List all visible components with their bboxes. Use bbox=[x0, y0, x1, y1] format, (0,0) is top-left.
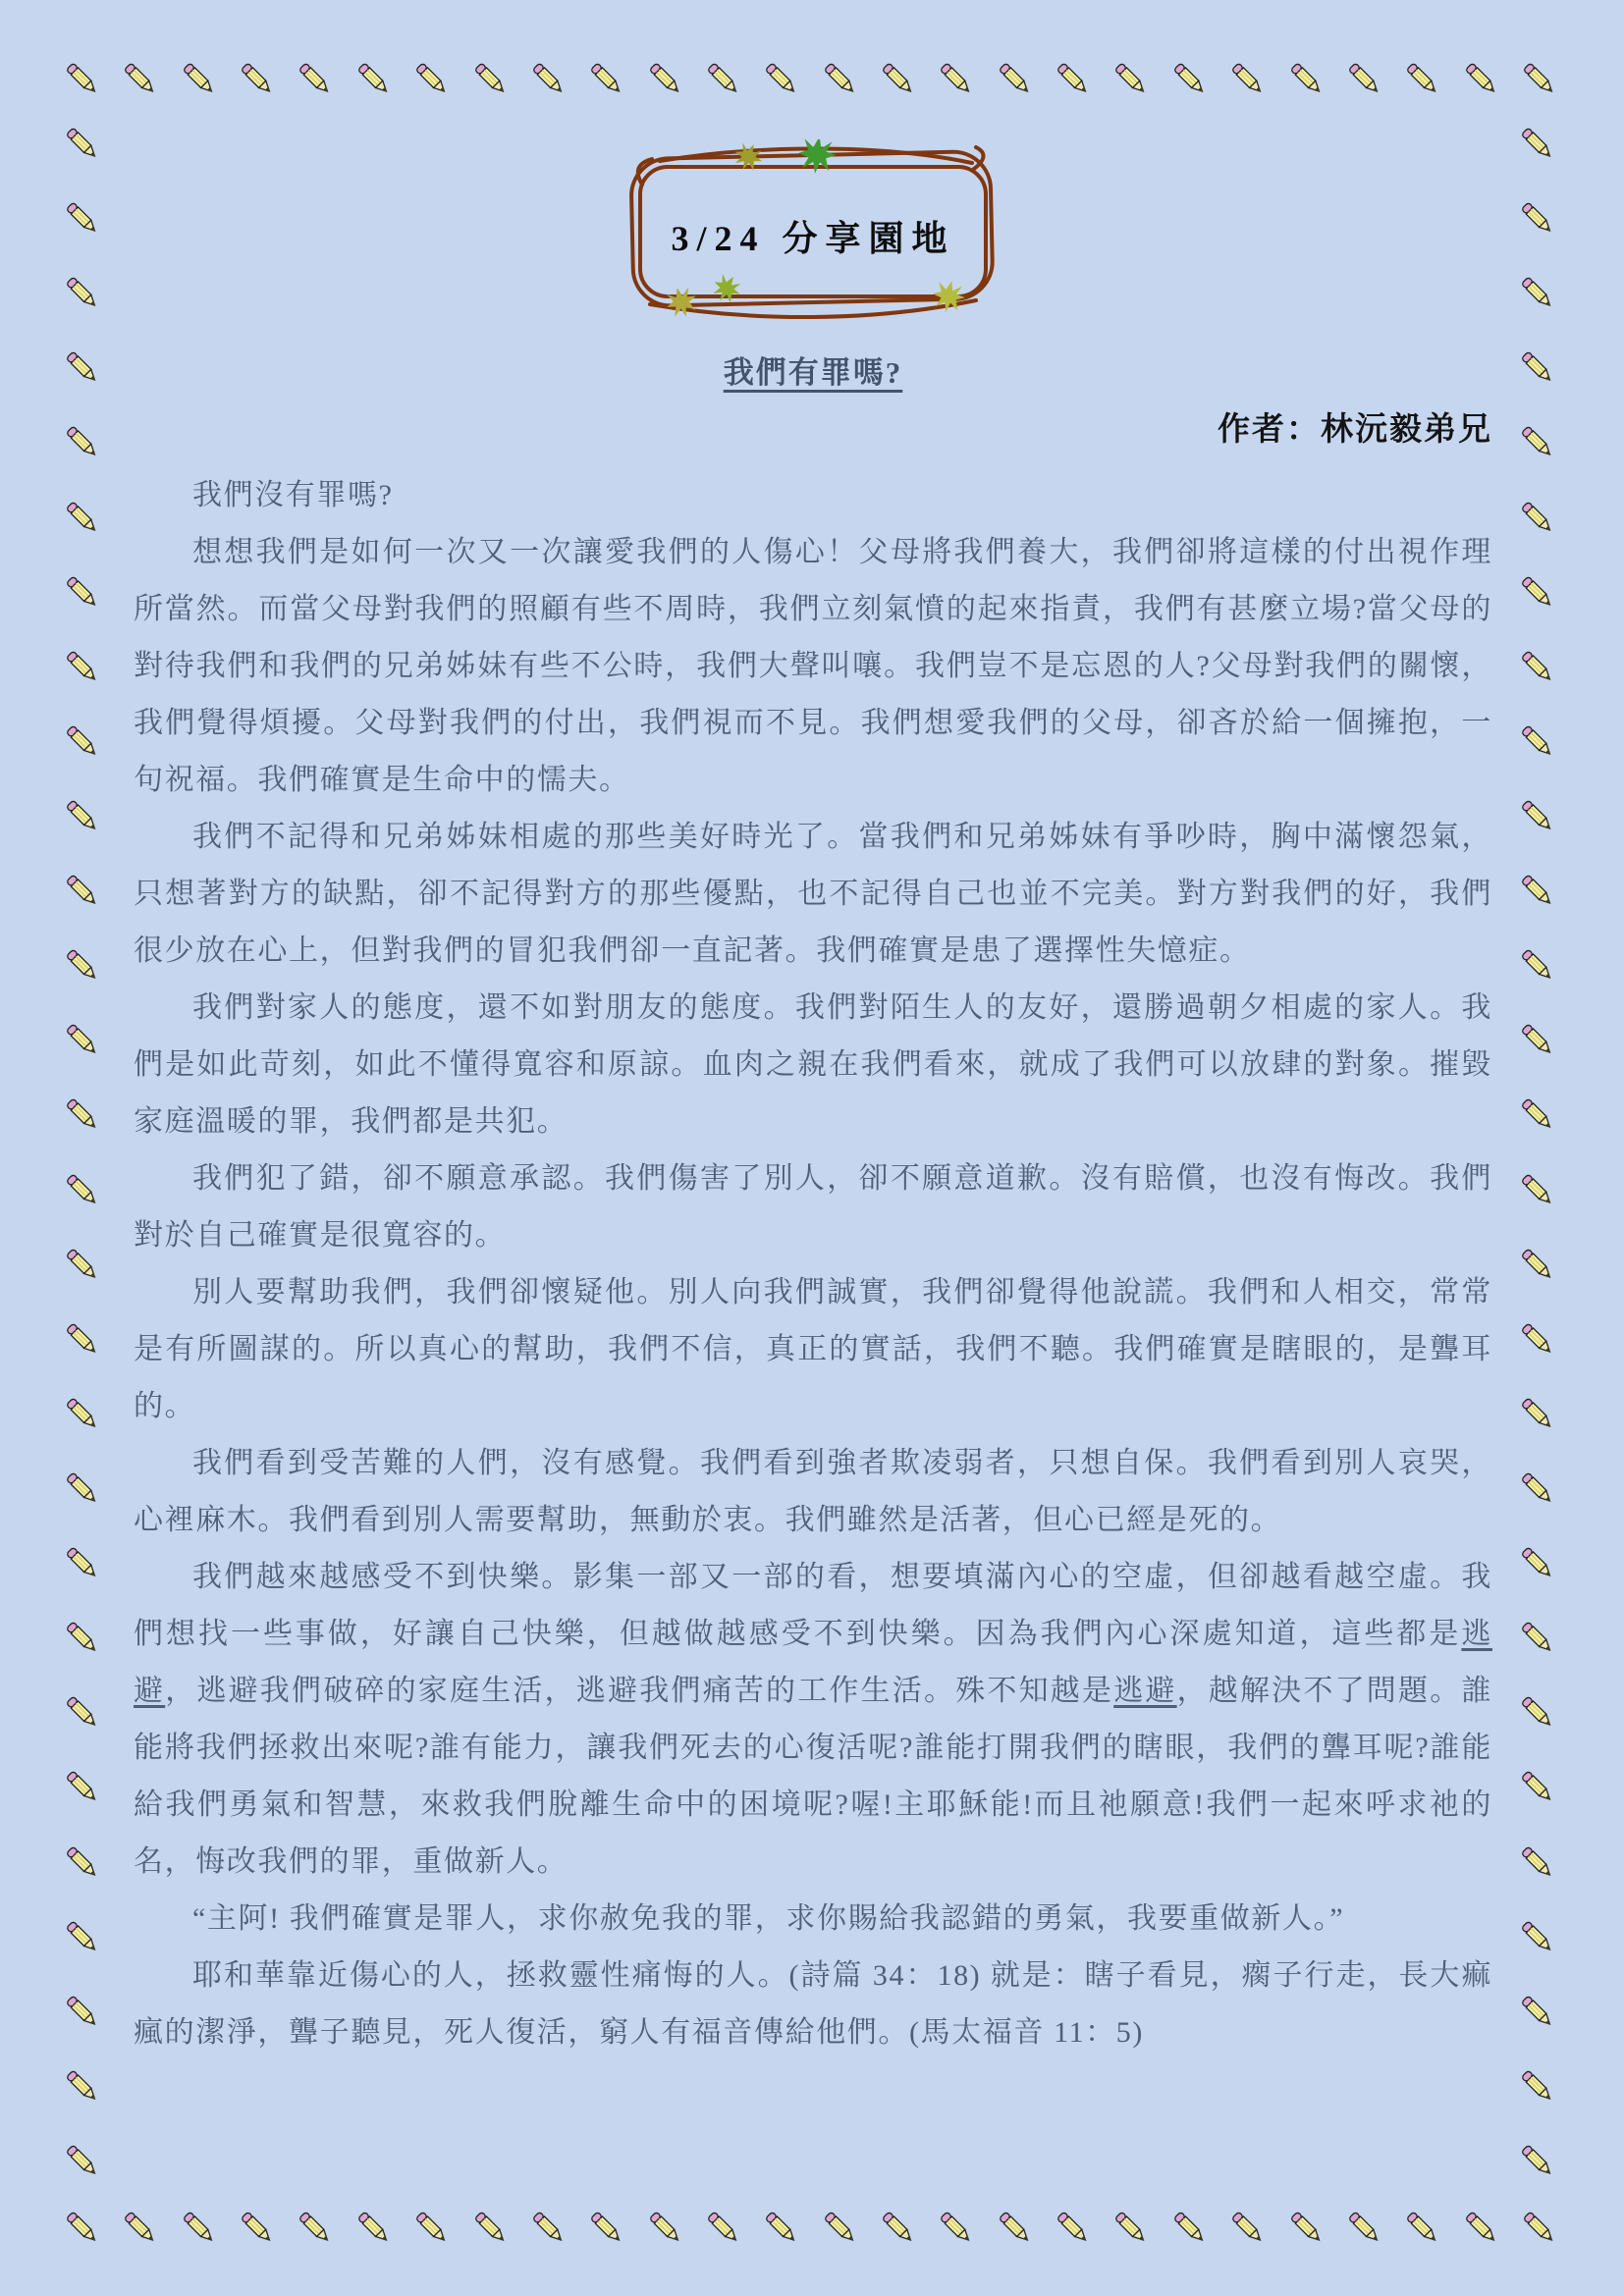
pencil-icon bbox=[1226, 2206, 1272, 2251]
pencil-icon bbox=[1516, 1915, 1561, 1960]
paragraph-5: 我們犯了錯，卻不願意承認。我們傷害了別人，卻不願意道歉。沒有賠償，也沒有悔改。我… bbox=[134, 1150, 1492, 1264]
text-run: “主阿! 我們確實是罪人，求你赦免我的罪，求你賜給我認錯的勇氣，我要重做新人。” bbox=[192, 1902, 1344, 1935]
pencil-icon bbox=[1516, 2139, 1561, 2184]
pencil-icon bbox=[1168, 2206, 1214, 2251]
pencil-icon bbox=[61, 122, 106, 167]
pencil-border-right bbox=[1516, 122, 1561, 2184]
pencil-icon bbox=[61, 869, 106, 914]
text-run: 我們越來越感受不到快樂。影集一部又一部的看，想要填滿內心的空虛，但卻越看越空虛。… bbox=[134, 1561, 1492, 1650]
pencil-icon bbox=[61, 1467, 106, 1512]
pencil-icon bbox=[61, 2206, 106, 2251]
text-run: ，逃避我們破碎的家庭生活，逃避我們痛苦的工作生活。殊不知越是 bbox=[165, 1675, 1113, 1707]
pencil-icon bbox=[61, 1915, 106, 1960]
pencil-icon bbox=[1516, 1093, 1561, 1138]
article-subtitle: 我們有罪嗎? bbox=[134, 347, 1492, 392]
pencil-icon bbox=[1516, 1168, 1561, 1213]
pencil-icon bbox=[61, 346, 106, 391]
pencil-icon bbox=[1460, 2206, 1505, 2251]
pencil-icon bbox=[1516, 1392, 1561, 1437]
pencil-icon bbox=[61, 570, 106, 615]
pencil-border-bottom bbox=[61, 2206, 1563, 2251]
pencil-icon bbox=[1516, 122, 1561, 167]
article-body: 我們沒有罪嗎? 想想我們是如何一次又一次讓愛我們的人傷心！父母將我們養大，我們卻… bbox=[134, 467, 1492, 2061]
pencil-icon bbox=[1285, 2206, 1330, 2251]
pencil-icon bbox=[1516, 645, 1561, 690]
paragraph-3: 我們不記得和兄弟姊妹相處的那些美好時光了。當我們和兄弟姊妹有爭吵時，胸中滿懷怨氣… bbox=[134, 809, 1492, 980]
pencil-border-left bbox=[61, 122, 106, 2184]
paragraph-4: 我們對家人的態度，還不如對朋友的態度。我們對陌生人的友好，還勝過朝夕相處的家人。… bbox=[134, 980, 1492, 1150]
pencil-icon bbox=[61, 645, 106, 690]
pencil-icon bbox=[61, 420, 106, 465]
pencil-icon bbox=[1516, 1317, 1561, 1362]
pencil-icon bbox=[61, 794, 106, 839]
pencil-icon bbox=[61, 1317, 106, 1362]
pencil-icon bbox=[61, 943, 106, 988]
paragraph-10: 耶和華靠近傷心的人，拯救靈性痛悔的人。(詩篇 34：18) 就是：瞎子看見，瘸子… bbox=[134, 1948, 1492, 2061]
pencil-icon bbox=[1516, 496, 1561, 541]
pencil-icon bbox=[61, 1541, 106, 1586]
pencil-icon bbox=[61, 1168, 106, 1213]
pencil-icon bbox=[469, 2206, 514, 2251]
document-content: 3/24 分享園地 我們有罪嗎? 作者：林沅毅弟兄 我們沒有罪嗎? 想想我們是如… bbox=[134, 0, 1492, 2061]
text-run: 耶和華靠近傷心的人，拯救靈性痛悔的人。(詩篇 34：18) 就是：瞎子看見，瘸子… bbox=[134, 1959, 1492, 2049]
pencil-icon bbox=[1516, 943, 1561, 988]
pencil-icon bbox=[1110, 2206, 1155, 2251]
pencil-icon bbox=[1516, 271, 1561, 316]
pencil-icon bbox=[760, 2206, 805, 2251]
pencil-icon bbox=[644, 2206, 689, 2251]
pencil-icon bbox=[61, 1616, 106, 1661]
pencil-icon bbox=[1343, 2206, 1388, 2251]
pencil-icon bbox=[935, 2206, 980, 2251]
text-run: 想想我們是如何一次又一次讓愛我們的人傷心！父母將我們養大，我們卻將這樣的付出視作… bbox=[134, 536, 1492, 796]
text-run: 別人要幫助我們，我們卻懷疑他。別人向我們誠實，我們卻覺得他說謊。我們和人相交，常… bbox=[134, 1276, 1492, 1422]
paragraph-7: 我們看到受苦難的人們，沒有感覺。我們看到強者欺凌弱者，只想自保。我們看到別人哀哭… bbox=[134, 1435, 1492, 1549]
pencil-icon bbox=[1401, 2206, 1446, 2251]
pencil-icon bbox=[702, 2206, 747, 2251]
pencil-icon bbox=[1516, 1018, 1561, 1063]
pencil-icon bbox=[61, 1093, 106, 1138]
pencil-icon bbox=[61, 1690, 106, 1735]
pencil-icon bbox=[819, 2206, 864, 2251]
document-page: 3/24 分享園地 我們有罪嗎? 作者：林沅毅弟兄 我們沒有罪嗎? 想想我們是如… bbox=[0, 0, 1624, 2296]
pencil-icon bbox=[1516, 2064, 1561, 2109]
pencil-icon bbox=[61, 1765, 106, 1810]
author-line: 作者：林沅毅弟兄 bbox=[134, 403, 1492, 450]
pencil-icon bbox=[61, 1841, 106, 1886]
pencil-icon bbox=[61, 1392, 106, 1437]
pencil-icon bbox=[410, 2206, 456, 2251]
pencil-icon bbox=[1516, 1765, 1561, 1810]
pencil-icon bbox=[1516, 1841, 1561, 1886]
pencil-icon bbox=[1516, 346, 1561, 391]
paragraph-8: 我們越來越感受不到快樂。影集一部又一部的看，想要填滿內心的空虛，但卻越看越空虛。… bbox=[134, 1549, 1492, 1891]
pencil-icon bbox=[1516, 720, 1561, 765]
pencil-icon bbox=[61, 196, 106, 241]
pencil-icon bbox=[61, 2139, 106, 2184]
pencil-icon bbox=[1518, 2206, 1563, 2251]
pencil-icon bbox=[994, 2206, 1039, 2251]
pencil-icon bbox=[61, 1243, 106, 1288]
pencil-icon bbox=[119, 2206, 164, 2251]
text-run: 我們不記得和兄弟姊妹相處的那些美好時光了。當我們和兄弟姊妹有爭吵時，胸中滿懷怨氣… bbox=[134, 821, 1492, 967]
pencil-icon bbox=[61, 720, 106, 765]
pencil-icon bbox=[1518, 57, 1563, 102]
pencil-icon bbox=[61, 496, 106, 541]
pencil-icon bbox=[1516, 1541, 1561, 1586]
pencil-icon bbox=[352, 2206, 398, 2251]
pencil-icon bbox=[294, 2206, 339, 2251]
pencil-icon bbox=[178, 2206, 223, 2251]
pencil-icon bbox=[1516, 794, 1561, 839]
text-run: 我們看到受苦難的人們，沒有感覺。我們看到強者欺凌弱者，只想自保。我們看到別人哀哭… bbox=[134, 1447, 1492, 1536]
title-frame: 3/24 分享園地 bbox=[624, 139, 1001, 328]
pencil-icon bbox=[61, 271, 106, 316]
text-run: 我們犯了錯，卻不願意承認。我們傷害了別人，卻不願意道歉。沒有賠償，也沒有悔改。我… bbox=[134, 1162, 1492, 1252]
pencil-icon bbox=[1516, 869, 1561, 914]
pencil-icon bbox=[61, 57, 106, 102]
pencil-icon bbox=[1516, 420, 1561, 465]
pencil-icon bbox=[585, 2206, 630, 2251]
paragraph-6: 別人要幫助我們，我們卻懷疑他。別人向我們誠實，我們卻覺得他說謊。我們和人相交，常… bbox=[134, 1264, 1492, 1435]
pencil-icon bbox=[527, 2206, 572, 2251]
pencil-icon bbox=[61, 1018, 106, 1063]
pencil-icon bbox=[1516, 1243, 1561, 1288]
page-title: 3/24 分享園地 bbox=[624, 139, 1001, 328]
pencil-icon bbox=[1516, 1690, 1561, 1735]
text-run: 我們沒有罪嗎? bbox=[192, 479, 394, 511]
pencil-icon bbox=[61, 1990, 106, 2035]
pencil-icon bbox=[1516, 570, 1561, 615]
emphasized-text: 逃避 bbox=[1113, 1675, 1176, 1707]
paragraph-1: 我們沒有罪嗎? bbox=[134, 467, 1492, 524]
pencil-icon bbox=[1516, 1990, 1561, 2035]
text-run: 我們對家人的態度，還不如對朋友的態度。我們對陌生人的友好，還勝過朝夕相處的家人。… bbox=[134, 991, 1492, 1138]
pencil-icon bbox=[1052, 2206, 1097, 2251]
paragraph-9: “主阿! 我們確實是罪人，求你赦免我的罪，求你賜給我認錯的勇氣，我要重做新人。” bbox=[134, 1891, 1492, 1948]
paragraph-2: 想想我們是如何一次又一次讓愛我們的人傷心！父母將我們養大，我們卻將這樣的付出視作… bbox=[134, 524, 1492, 809]
pencil-icon bbox=[1516, 1616, 1561, 1661]
pencil-icon bbox=[61, 2064, 106, 2109]
pencil-icon bbox=[877, 2206, 922, 2251]
pencil-icon bbox=[1516, 196, 1561, 241]
pencil-icon bbox=[1516, 1467, 1561, 1512]
pencil-icon bbox=[236, 2206, 281, 2251]
